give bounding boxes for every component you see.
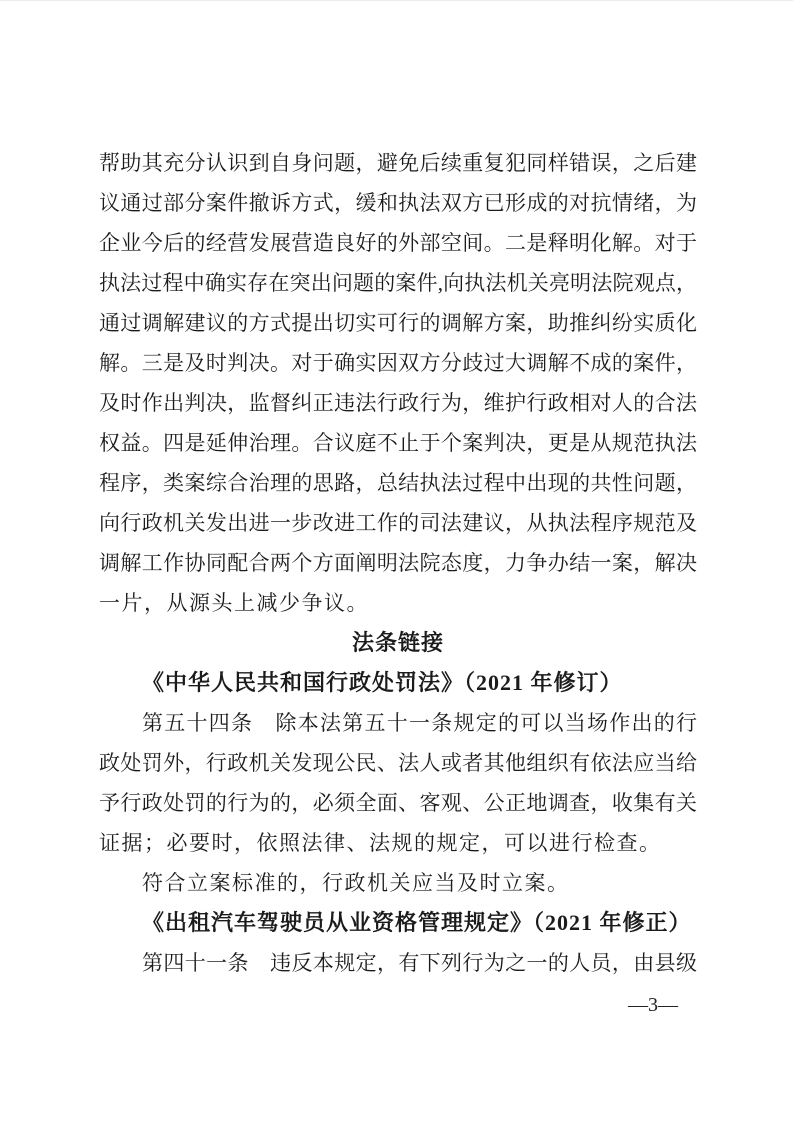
text-line: 一片，从源头上减少争议。	[99, 583, 697, 623]
text-line: 权益。四是延伸治理。合议庭不止于个案判决，更是从规范执法	[99, 423, 697, 463]
law-title: 《中华人民共和国行政处罚法》（2021 年修订）	[99, 663, 697, 703]
text-line: 及时作出判决，监督纠正违法行政行为，维护行政相对人的合法	[99, 383, 697, 423]
law-title: 《出租汽车驾驶员从业资格管理规定》（2021 年修正）	[99, 903, 697, 943]
text-line: 予行政处罚的行为的，必须全面、客观、公正地调查，收集有关	[99, 783, 697, 823]
text-line: 向行政机关发出进一步改进工作的司法建议，从执法程序规范及	[99, 503, 697, 543]
section-heading: 法条链接	[99, 623, 697, 663]
text-line: 议通过部分案件撤诉方式，缓和执法双方已形成的对抗情绪，为	[99, 183, 697, 223]
text-line: 执法过程中确实存在突出问题的案件,向执法机关亮明法院观点，	[99, 263, 697, 303]
text-line: 第四十一条 违反本规定，有下列行为之一的人员，由县级	[99, 943, 697, 983]
text-line: 第五十四条 除本法第五十一条规定的可以当场作出的行	[99, 703, 697, 743]
text-line: 企业今后的经营发展营造良好的外部空间。二是释明化解。对于	[99, 223, 697, 263]
page-number: —3—	[628, 993, 678, 1017]
text-line: 政处罚外，行政机关发现公民、法人或者其他组织有依法应当给	[99, 743, 697, 783]
text-line: 证据；必要时，依照法律、法规的规定，可以进行检查。	[99, 823, 697, 863]
document-page: 帮助其充分认识到自身问题，避免后续重复犯同样错误，之后建议通过部分案件撤诉方式，…	[0, 0, 793, 1123]
text-line: 调解工作协同配合两个方面阐明法院态度，力争办结一案，解决	[99, 543, 697, 583]
text-line: 符合立案标准的，行政机关应当及时立案。	[99, 863, 697, 903]
document-body: 帮助其充分认识到自身问题，避免后续重复犯同样错误，之后建议通过部分案件撤诉方式，…	[99, 143, 697, 983]
text-line: 通过调解建议的方式提出切实可行的调解方案，助推纠纷实质化	[99, 303, 697, 343]
text-line: 解。三是及时判决。对于确实因双方分歧过大调解不成的案件，	[99, 343, 697, 383]
text-line: 程序，类案综合治理的思路，总结执法过程中出现的共性问题，	[99, 463, 697, 503]
text-line: 帮助其充分认识到自身问题，避免后续重复犯同样错误，之后建	[99, 143, 697, 183]
